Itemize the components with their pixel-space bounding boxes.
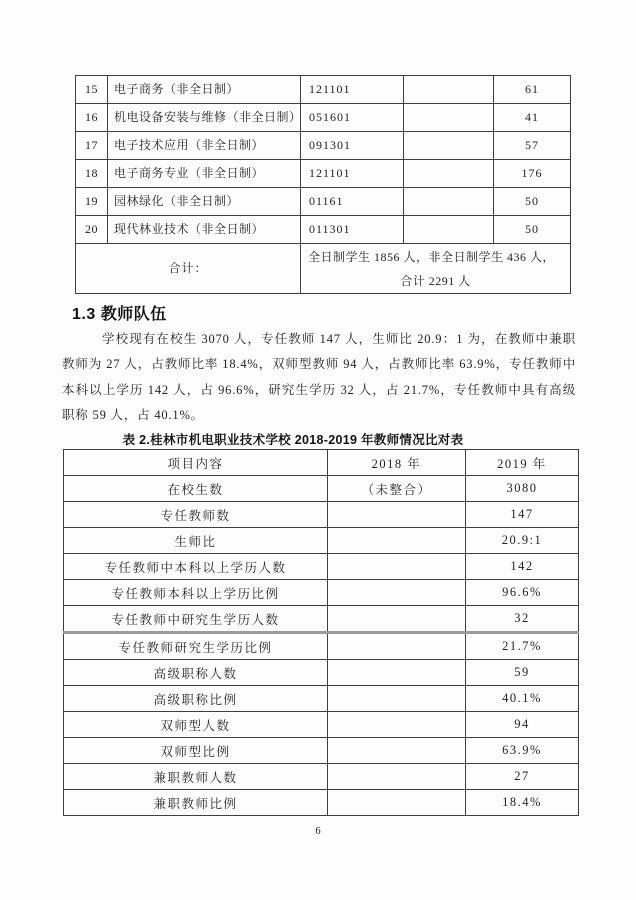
enrollment-major-code: 011301 — [301, 216, 404, 244]
teacher-value-2019: 94 — [466, 712, 579, 738]
enrollment-row-number: 20 — [76, 216, 108, 244]
header-item: 项目内容 — [64, 450, 328, 476]
enrollment-major-name: 电子商务专业（非全日制） — [108, 160, 301, 188]
enrollment-row: 17电子技术应用（非全日制）09130157 — [76, 132, 571, 160]
section-paragraph: 学校现有在校生 3070 人，专任教师 147 人，生师比 20.9：1 为，在… — [62, 327, 576, 428]
teacher-value-2018 — [328, 606, 466, 633]
enrollment-row-number: 17 — [76, 132, 108, 160]
teacher-item-label: 双师型人数 — [64, 712, 328, 738]
teacher-value-2018 — [328, 633, 466, 660]
enrollment-major-name: 机电设备安装与维修（非全日制） — [108, 104, 301, 132]
teacher-value-2019: 20.9:1 — [466, 528, 579, 554]
enrollment-row-number: 18 — [76, 160, 108, 188]
teacher-value-2019: 147 — [466, 502, 579, 528]
enrollment-student-count: 57 — [494, 132, 571, 160]
teacher-value-2019: 3080 — [466, 476, 579, 502]
teacher-value-2019: 59 — [466, 660, 579, 686]
teacher-value-2019: 18.4% — [466, 790, 579, 816]
teacher-value-2018 — [328, 580, 466, 606]
enrollment-major-name: 现代林业技术（非全日制） — [108, 216, 301, 244]
teacher-table-row: 专任教师中本科以上学历人数142 — [64, 554, 579, 580]
teacher-table-row: 高级职称人数59 — [64, 660, 579, 686]
enrollment-student-count: 61 — [494, 76, 571, 104]
enrollment-row-number: 15 — [76, 76, 108, 104]
teacher-item-label: 生师比 — [64, 528, 328, 554]
teacher-table: 项目内容 2018 年 2019 年 在校生数（未整合）3080专任教师数147… — [63, 449, 579, 816]
enrollment-row-number: 16 — [76, 104, 108, 132]
teacher-table-row: 生师比20.9:1 — [64, 528, 579, 554]
teacher-value-2018 — [328, 502, 466, 528]
enrollment-student-count: 50 — [494, 188, 571, 216]
teacher-table-row: 双师型人数94 — [64, 712, 579, 738]
teacher-value-2019: 21.7% — [466, 633, 579, 660]
teacher-table-row: 专任教师数147 — [64, 502, 579, 528]
teacher-value-2018 — [328, 790, 466, 816]
enrollment-blank-cell — [404, 188, 494, 216]
teacher-table-row: 专任教师研究生学历比例21.7% — [64, 633, 579, 660]
enrollment-major-code: 01161 — [301, 188, 404, 216]
teacher-table-row: 兼职教师比例18.4% — [64, 790, 579, 816]
enrollment-major-code: 091301 — [301, 132, 404, 160]
teacher-table-row: 高级职称比例40.1% — [64, 686, 579, 712]
teacher-table-row: 在校生数（未整合）3080 — [64, 476, 579, 502]
enrollment-major-code: 121101 — [301, 76, 404, 104]
teacher-item-label: 在校生数 — [64, 476, 328, 502]
teacher-table-row: 双师型比例63.9% — [64, 738, 579, 764]
enrollment-major-name: 电子技术应用（非全日制） — [108, 132, 301, 160]
teacher-item-label: 专任教师研究生学历比例 — [64, 633, 328, 660]
teacher-item-label: 专任教师中本科以上学历人数 — [64, 554, 328, 580]
total-line2: 合计 2291 人 — [305, 269, 566, 293]
enrollment-row: 20现代林业技术（非全日制）01130150 — [76, 216, 571, 244]
page-number: 6 — [0, 826, 636, 837]
teacher-value-2018: （未整合） — [328, 476, 466, 502]
teacher-value-2019: 40.1% — [466, 686, 579, 712]
teacher-value-2018 — [328, 712, 466, 738]
total-value: 全日制学生 1856 人，非全日制学生 436 人， 合计 2291 人 — [301, 244, 571, 294]
teacher-item-label: 高级职称人数 — [64, 660, 328, 686]
enrollment-blank-cell — [404, 76, 494, 104]
teacher-value-2018 — [328, 554, 466, 580]
teacher-table-header-row: 项目内容 2018 年 2019 年 — [64, 450, 579, 476]
enrollment-student-count: 50 — [494, 216, 571, 244]
teacher-value-2019: 63.9% — [466, 738, 579, 764]
teacher-value-2019: 32 — [466, 606, 579, 633]
header-2019: 2019 年 — [466, 450, 579, 476]
enrollment-row: 15电子商务（非全日制）12110161 — [76, 76, 571, 104]
enrollment-row: 16机电设备安装与维修（非全日制）05160141 — [76, 104, 571, 132]
teacher-item-label: 兼职教师比例 — [64, 790, 328, 816]
enrollment-table: 15电子商务（非全日制）1211016116机电设备安装与维修（非全日制）051… — [75, 75, 571, 294]
teacher-item-label: 高级职称比例 — [64, 686, 328, 712]
enrollment-row: 18电子商务专业（非全日制）121101176 — [76, 160, 571, 188]
teacher-item-label: 专任教师数 — [64, 502, 328, 528]
teacher-value-2018 — [328, 764, 466, 790]
teacher-item-label: 兼职教师人数 — [64, 764, 328, 790]
enrollment-major-name: 电子商务（非全日制） — [108, 76, 301, 104]
enrollment-row: 19园林绿化（非全日制）0116150 — [76, 188, 571, 216]
teacher-value-2019: 96.6% — [466, 580, 579, 606]
teacher-value-2018 — [328, 528, 466, 554]
enrollment-student-count: 41 — [494, 104, 571, 132]
total-label: 合计： — [76, 244, 301, 294]
teacher-table-row: 专任教师本科以上学历比例96.6% — [64, 580, 579, 606]
enrollment-student-count: 176 — [494, 160, 571, 188]
teacher-value-2018 — [328, 660, 466, 686]
enrollment-major-code: 121101 — [301, 160, 404, 188]
teacher-value-2019: 142 — [466, 554, 579, 580]
teacher-table-row: 专任教师中研究生学历人数32 — [64, 606, 579, 633]
teacher-item-label: 专任教师本科以上学历比例 — [64, 580, 328, 606]
section-heading: 1.3 教师队伍 — [72, 301, 167, 324]
enrollment-blank-cell — [404, 104, 494, 132]
total-line1: 全日制学生 1856 人，非全日制学生 436 人， — [305, 245, 566, 269]
enrollment-row-number: 19 — [76, 188, 108, 216]
teacher-item-label: 双师型比例 — [64, 738, 328, 764]
enrollment-blank-cell — [404, 132, 494, 160]
enrollment-major-name: 园林绿化（非全日制） — [108, 188, 301, 216]
enrollment-major-code: 051601 — [301, 104, 404, 132]
teacher-value-2018 — [328, 686, 466, 712]
teacher-item-label: 专任教师中研究生学历人数 — [64, 606, 328, 633]
document-page: 15电子商务（非全日制）1211016116机电设备安装与维修（非全日制）051… — [0, 0, 636, 900]
header-2018: 2018 年 — [328, 450, 466, 476]
teacher-value-2019: 27 — [466, 764, 579, 790]
teacher-value-2018 — [328, 738, 466, 764]
enrollment-total-row: 合计： 全日制学生 1856 人，非全日制学生 436 人， 合计 2291 人 — [76, 244, 571, 294]
enrollment-blank-cell — [404, 216, 494, 244]
teacher-table-row: 兼职教师人数27 — [64, 764, 579, 790]
enrollment-blank-cell — [404, 160, 494, 188]
teacher-table-caption: 表 2.桂林市机电职业技术学校 2018-2019 年教师情况比对表 — [63, 430, 523, 448]
